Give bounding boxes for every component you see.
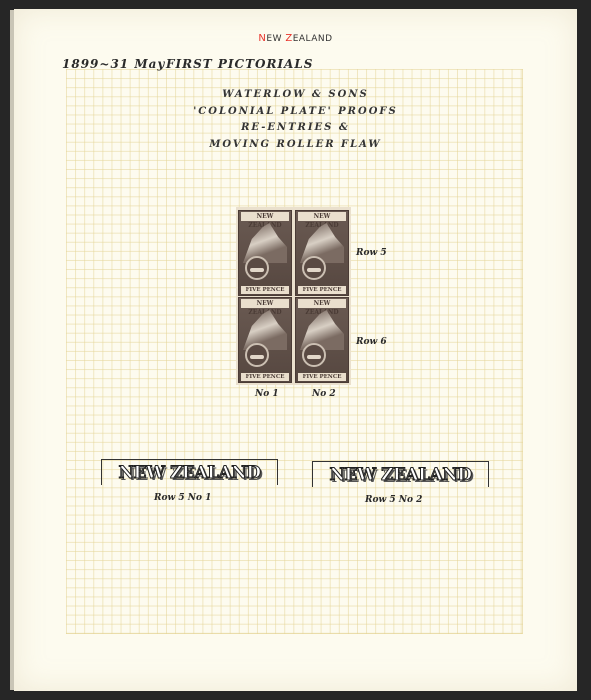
stamp-value-text: FIVE PENCE <box>241 373 289 381</box>
page-title: FIRST PICTORIALS <box>166 57 313 71</box>
stamp-r5-n2: NEW ZEALAND FIVE PENCE <box>295 210 349 296</box>
overprint-enlargement-2: NEW ZEALAND <box>312 461 489 487</box>
medallion <box>245 343 269 367</box>
stamp-value-text: FIVE PENCE <box>298 286 346 294</box>
stamp-top-text: NEW ZEALAND <box>298 299 346 308</box>
stamp-r5-n1: NEW ZEALAND FIVE PENCE <box>238 210 292 296</box>
column-label-2: No 2 <box>312 389 336 399</box>
stamp-value-text: FIVE PENCE <box>241 286 289 294</box>
overprint-caption-1: Row 5 No 1 <box>154 493 211 503</box>
overprint-text: NEW ZEALAND <box>102 463 277 483</box>
stamp-top-text: NEW ZEALAND <box>298 212 346 221</box>
stamp-r6-n2: NEW ZEALAND FIVE PENCE <box>295 297 349 383</box>
column-label-1: No 1 <box>255 389 279 399</box>
stamp-value-text: FIVE PENCE <box>298 373 346 381</box>
overprint-caption-2: Row 5 No 2 <box>365 495 422 505</box>
medallion <box>302 256 326 280</box>
stamp-r6-n1: NEW ZEALAND FIVE PENCE <box>238 297 292 383</box>
subtitle-line-3: RE-ENTRIES & <box>14 122 577 133</box>
stamp-top-text: NEW ZEALAND <box>241 299 289 308</box>
subtitle-line-1: WATERLOW & SONS <box>14 89 577 100</box>
overprint-enlargement-1: NEW ZEALAND <box>101 459 278 485</box>
medallion <box>302 343 326 367</box>
country-rest-1: EW <box>266 34 285 44</box>
country-initial-z: Z <box>285 33 292 44</box>
album-page: NEW ZEALAND 1899~31 May FIRST PICTORIALS… <box>14 9 577 691</box>
issue-date: 1899~31 May <box>62 57 165 71</box>
country-heading: NEW ZEALAND <box>14 33 577 44</box>
row-label-6: Row 6 <box>356 337 387 347</box>
medallion <box>245 256 269 280</box>
country-rest-2: EALAND <box>293 34 333 44</box>
stamp-top-text: NEW ZEALAND <box>241 212 289 221</box>
subtitle-line-2: 'COLONIAL PLATE' PROOFS <box>14 106 577 117</box>
overprint-text: NEW ZEALAND <box>313 465 488 485</box>
stamp-block-of-four: NEW ZEALAND FIVE PENCE NEW ZEALAND FIVE … <box>236 207 351 385</box>
row-label-5: Row 5 <box>356 248 387 258</box>
subtitle-line-4: MOVING ROLLER FLAW <box>14 139 577 150</box>
